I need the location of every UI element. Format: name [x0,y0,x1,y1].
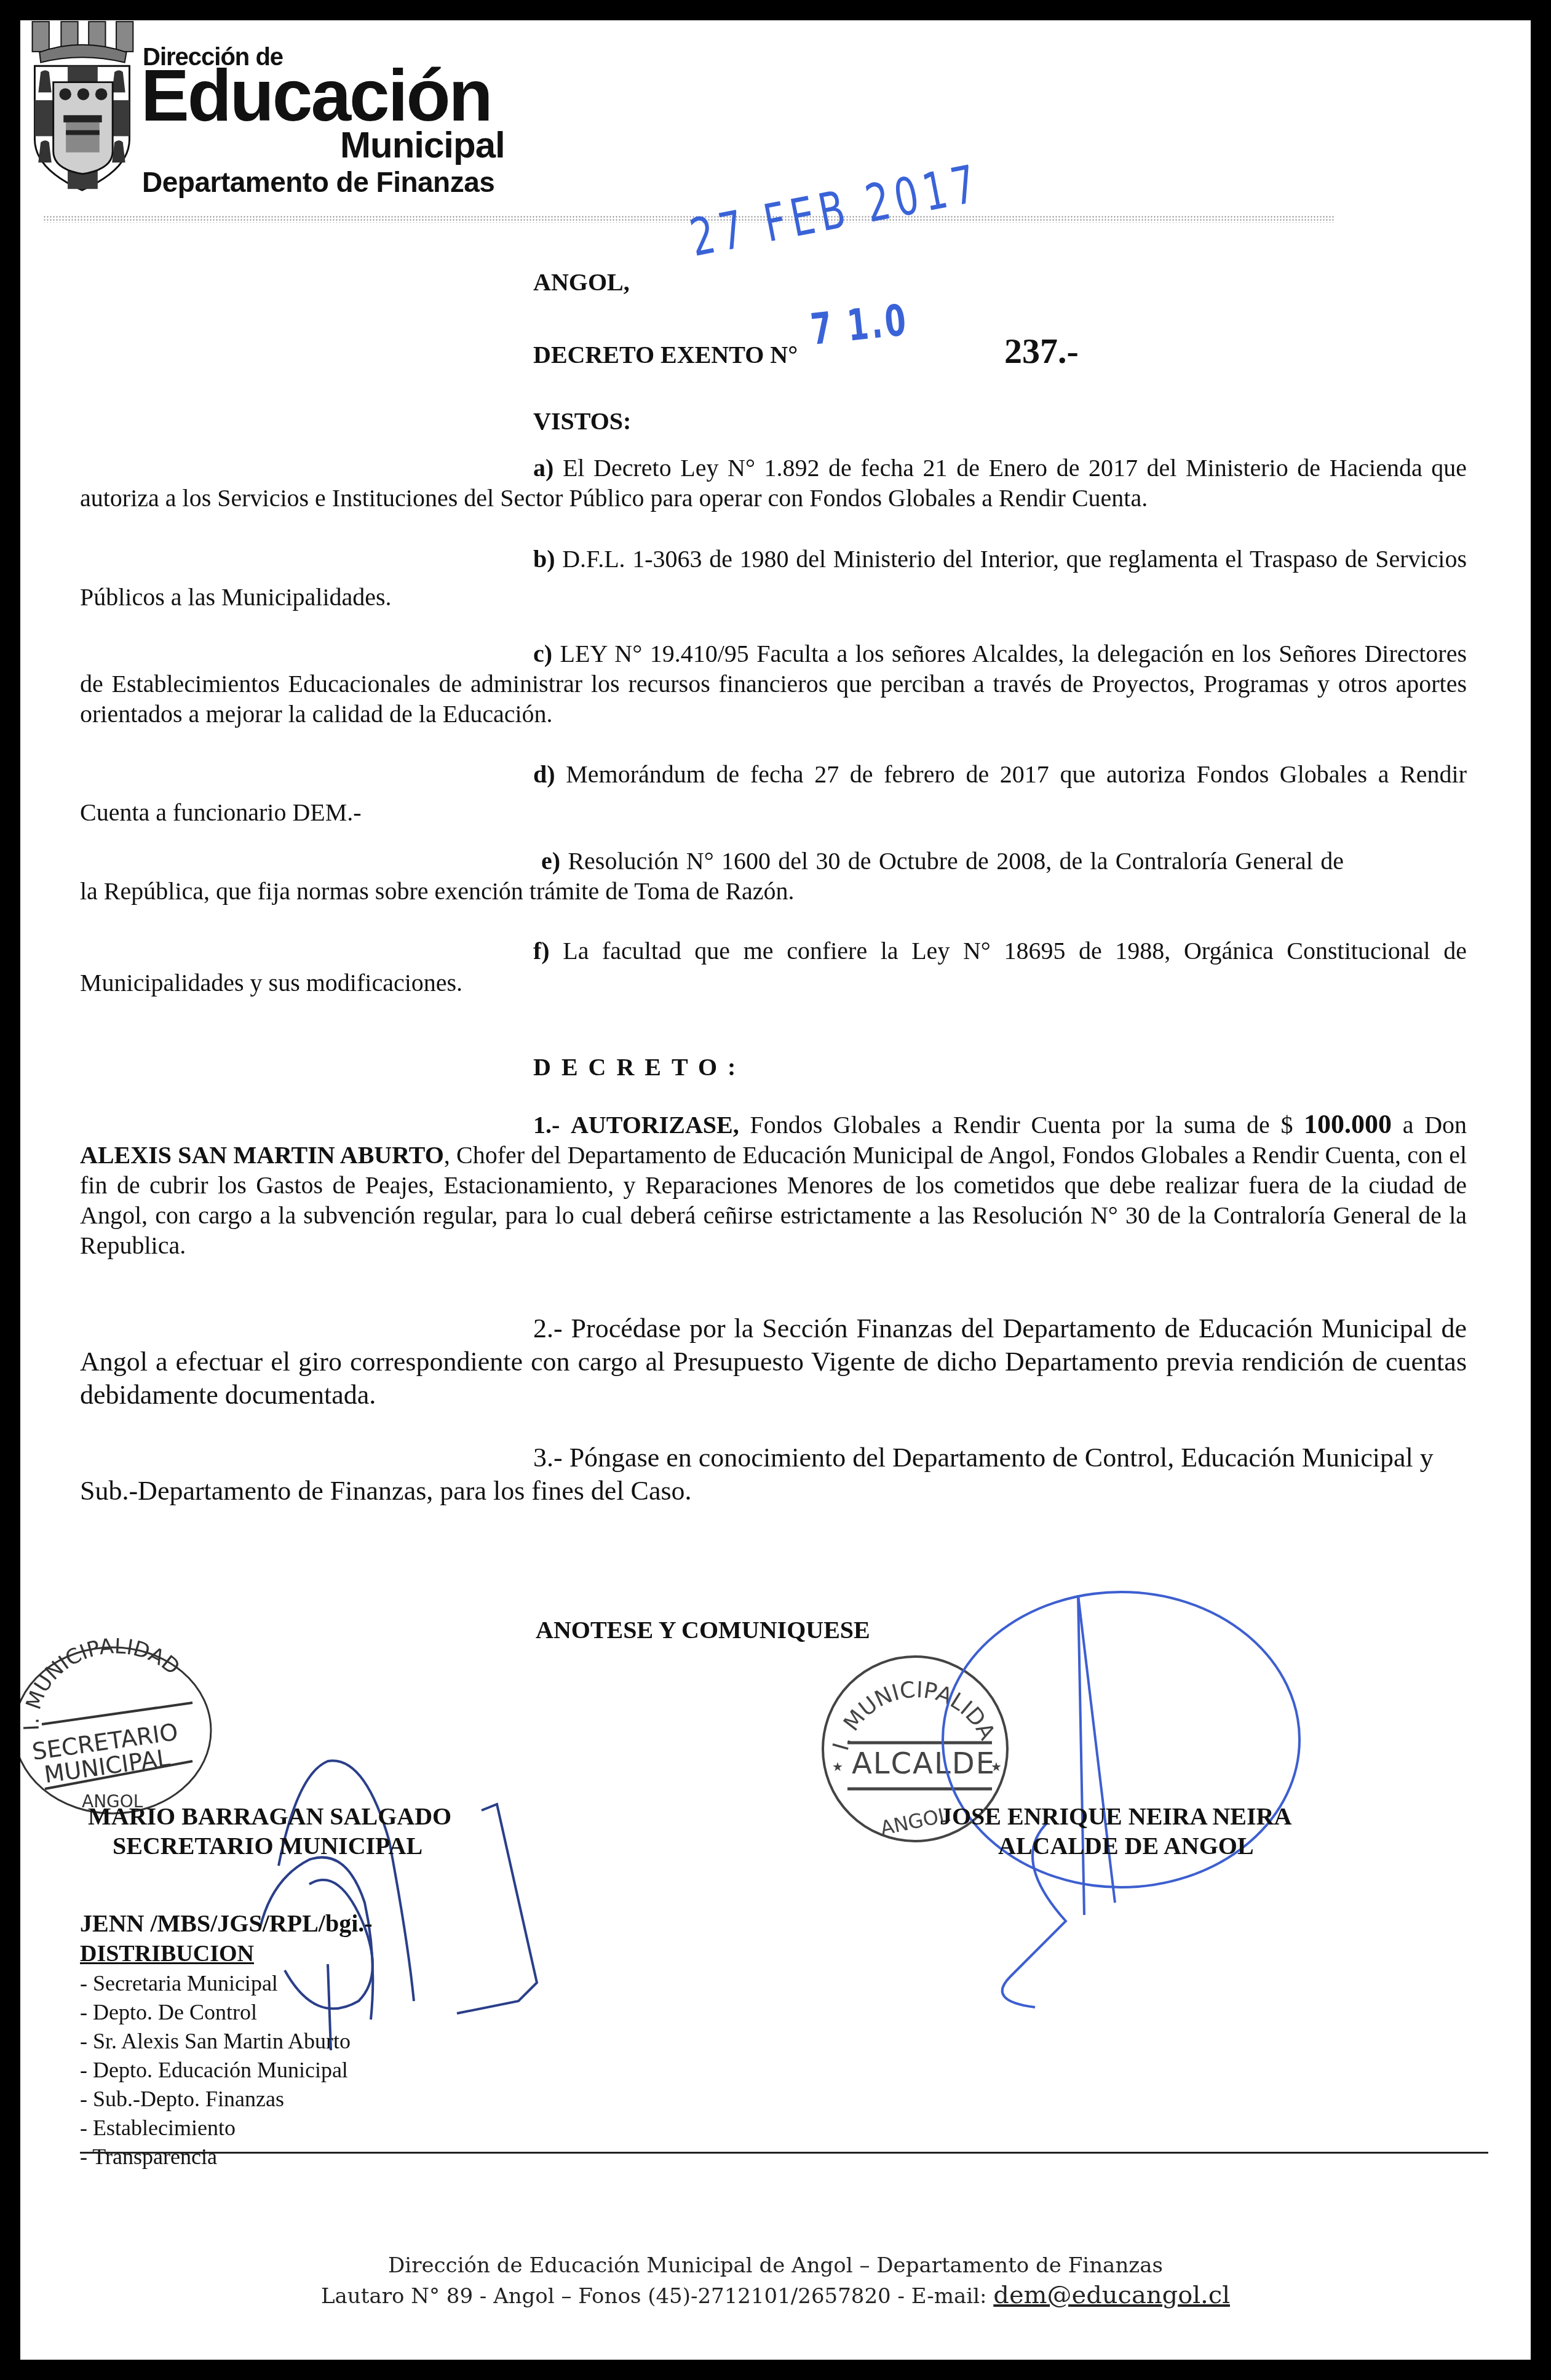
mayor-title: ALCALDE DE ANGOL [998,1831,1254,1861]
coat-of-arms-icon [22,20,141,200]
decreto-item-3: 3.- Póngase en conocimiento del Departam… [80,1441,1445,1508]
decreto-item-1: 1.- AUTORIZASE, Fondos Globales a Rendir… [80,1109,1467,1260]
footer-email-link[interactable]: dem@educangol.cl [993,2281,1230,2309]
vistos-item-a: a) El Decreto Ley N° 1.892 de fecha 21 d… [80,453,1467,513]
secretary-title: SECRETARIO MUNICIPAL [113,1831,422,1861]
svg-text:★: ★ [832,1759,843,1774]
vistos-item-c: c) LEY N° 19.410/95 Faculta a los señore… [80,639,1467,729]
header-department: Departamento de Finanzas [142,168,494,196]
header-line3: Municipal [340,127,505,164]
number-stamp: 7 1.0 [808,295,911,355]
place-label: ANGOL, [533,268,630,297]
secretary-seal-icon: I. MUNICIPALIDAD SECRETARIO MUNICIPAL AN… [20,1638,217,1823]
distribution-item: - Transparencia [80,2143,351,2171]
mayor-signature [863,1577,1355,2020]
distribution-item: - Depto. Educación Municipal [80,2056,351,2085]
distribution-item: - Sr. Alexis San Martin Aburto [80,2027,351,2056]
decreto-item-2: 2.- Procédase por la Sección Finanzas de… [80,1312,1467,1412]
distribution-list: - Secretaria Municipal - Depto. De Contr… [80,1969,351,2171]
vistos-title: VISTOS: [533,407,631,436]
footer-contact: Lautaro N° 89 - Angol – Fonos (45)-27121… [321,2284,986,2309]
decreto-title: DECRETO: [533,1053,746,1082]
footer-line2: Lautaro N° 89 - Angol – Fonos (45)-27121… [20,2281,1531,2309]
header-title: Educación [141,60,491,132]
distribution-item: - Sub.-Depto. Finanzas [80,2085,351,2114]
mayor-name: JOSE ENRIQUE NEIRA NEIRA [940,1802,1291,1831]
vistos-item-b: b) D.F.L. 1-3063 de 1980 del Ministerio … [80,540,1467,616]
distribution-item: - Establecimiento [80,2114,351,2143]
vistos-item-d: d) Memorándum de fecha 27 de febrero de … [80,755,1467,832]
footer-line1: Dirección de Educación Municipal de Ango… [20,2253,1531,2278]
distribution-item: - Depto. De Control [80,1998,351,2027]
distribution-title: DISTRIBUCION [80,1940,254,1968]
footer-divider [80,2152,1488,2154]
vistos-item-e: e) Resolución N° 1600 del 30 de Octubre … [80,846,1467,906]
date-stamp: 27 FEB 2017 [685,153,986,268]
initials: JENN /MBS/JGS/RPL/bgi.- [80,1909,373,1938]
secretary-name: MARIO BARRAGAN SALGADO [88,1802,451,1831]
vistos-item-f: f) La facultad que me confiere la Ley N°… [80,935,1467,999]
decree-label: DECRETO EXENTO N° [533,340,798,370]
document-page: Dirección de Educación Municipal Departa… [20,20,1531,2360]
decree-number: 237.- [1004,333,1079,370]
closing-text: ANOTESE Y COMUNIQUESE [536,1615,870,1645]
distribution-item: - Secretaria Municipal [80,1969,351,1998]
svg-text:I. MUNICIPALIDAD: I. MUNICIPALIDAD [20,1638,184,1732]
